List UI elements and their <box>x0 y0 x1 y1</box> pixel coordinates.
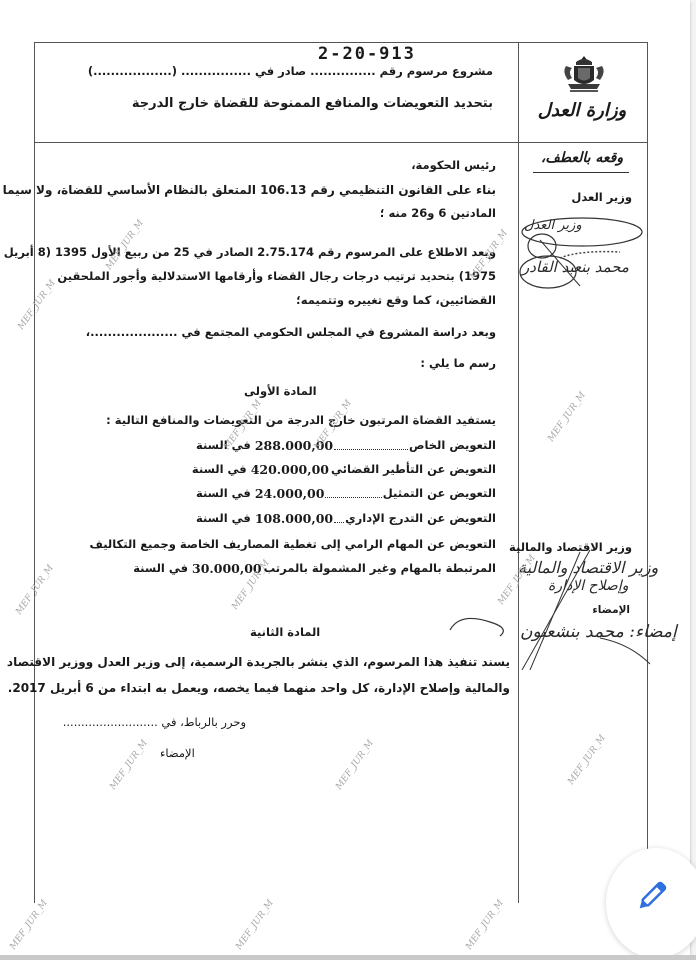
article-2-line-2: والمالية وإصلاح الإدارة، كل واحد منهما ف… <box>8 681 510 695</box>
header-divider <box>35 142 647 143</box>
allowance-mission-line-1: التعويض عن المهام الرامي إلى تغطية المصا… <box>90 537 496 551</box>
coat-of-arms-icon <box>560 54 608 96</box>
preamble-decree-line-3: القضائيين، كما وقع تغييره وتتميمه؛ <box>296 293 496 307</box>
allowance-unit: في السنة <box>196 486 251 502</box>
allowance-label: التعويض عن التأطير القضائي <box>331 462 496 478</box>
leader-dots <box>334 438 408 450</box>
justice-minister-signature <box>510 210 650 290</box>
leader-dots <box>325 486 381 498</box>
allowance-unit: في السنة <box>196 511 251 527</box>
allowance-amount: 108.000,00 <box>255 511 333 527</box>
allowance-amount: 420.000,00 <box>251 462 329 478</box>
ministry-name: وزارة العدل <box>522 100 642 121</box>
countersigned-underline <box>533 172 629 173</box>
preamble-law-line-2: المادتين 6 و26 منه ؛ <box>380 206 496 220</box>
allowance-amount: 24.000,00 <box>255 486 325 502</box>
done-at-rabat: وحرر بالرباط، في .......................… <box>63 715 246 729</box>
allowance-unit: في السنة <box>192 462 247 478</box>
justice-minister-name: محمد بنعبد القادر <box>522 258 629 276</box>
watermark: MEF_JUR_M <box>464 898 506 951</box>
addressee: رئيس الحكومة، <box>411 158 496 172</box>
preamble-decree-line-1: وبعد الاطلاع على المرسوم رقم 2.75.174 ال… <box>4 245 496 259</box>
signature-label: الإمضاء <box>160 746 195 760</box>
column-divider <box>518 43 519 903</box>
article-2-line-1: يسند تنفيذ هذا المرسوم، الذي ينشر بالجري… <box>7 655 510 669</box>
allowance-row: المرتبطة بالمهام وغير المشمولة بالمرتب 3… <box>196 561 496 577</box>
allowance-row: التعويض عن التمثيل 24.000,00 في السنة <box>196 486 496 502</box>
countersigned-label: وقعه بالعطف، <box>520 150 644 166</box>
edit-button[interactable] <box>606 848 696 958</box>
allowance-label: التعويض عن التدرج الإداري <box>345 511 496 527</box>
leader-dots <box>334 511 344 523</box>
watermark: MEF_JUR_M <box>8 898 50 951</box>
bottom-edge <box>0 955 696 960</box>
document-page: 2-20-913 مشروع مرسوم رقم ...............… <box>0 0 690 955</box>
preamble-council-line: وبعد دراسة المشروع في المجلس الحكومي الم… <box>86 325 496 339</box>
minister-of-justice-title: وزير العدل <box>571 190 632 204</box>
pencil-icon <box>632 878 670 916</box>
allowance-label: التعويض الخاص <box>409 438 496 454</box>
allowance-row: التعويض عن التأطير القضائي 420.000,00 في… <box>196 462 496 478</box>
article-1-heading: المادة الأولى <box>244 384 317 398</box>
watermark: MEF_JUR_M <box>234 898 276 951</box>
allowance-unit: في السنة <box>133 561 188 577</box>
decree-title: بتحديد التعويضات والمنافع الممنوحة للقضا… <box>132 96 493 111</box>
decree-number: 2-20-913 <box>318 44 416 64</box>
article-2-heading: المادة الثانية <box>250 625 320 639</box>
preamble-decree-line-2: 1975) بتحديد ترتيب درجات رجال القضاء وأر… <box>57 269 496 283</box>
economy-minister-signature-strokes <box>430 540 660 670</box>
allowance-label: المرتبطة بالمهام وغير المشمولة بالمرتب <box>264 561 496 577</box>
allowance-label: التعويض عن التمثيل <box>383 486 496 502</box>
allowance-row: التعويض الخاص 288.000,00 في السنة <box>196 438 496 454</box>
draft-decree-line: مشروع مرسوم رقم ............... صادر في … <box>88 64 493 78</box>
decrees-statement: رسم ما يلي : <box>420 356 496 370</box>
preamble-law-line-1: بناء على القانون التنظيمي رقم 106.13 الم… <box>3 183 496 197</box>
allowance-row: التعويض عن التدرج الإداري 108.000,00 في … <box>196 511 496 527</box>
article-1-intro: يستفيد القضاة المرتبون خارج الدرجة من ال… <box>106 413 496 427</box>
